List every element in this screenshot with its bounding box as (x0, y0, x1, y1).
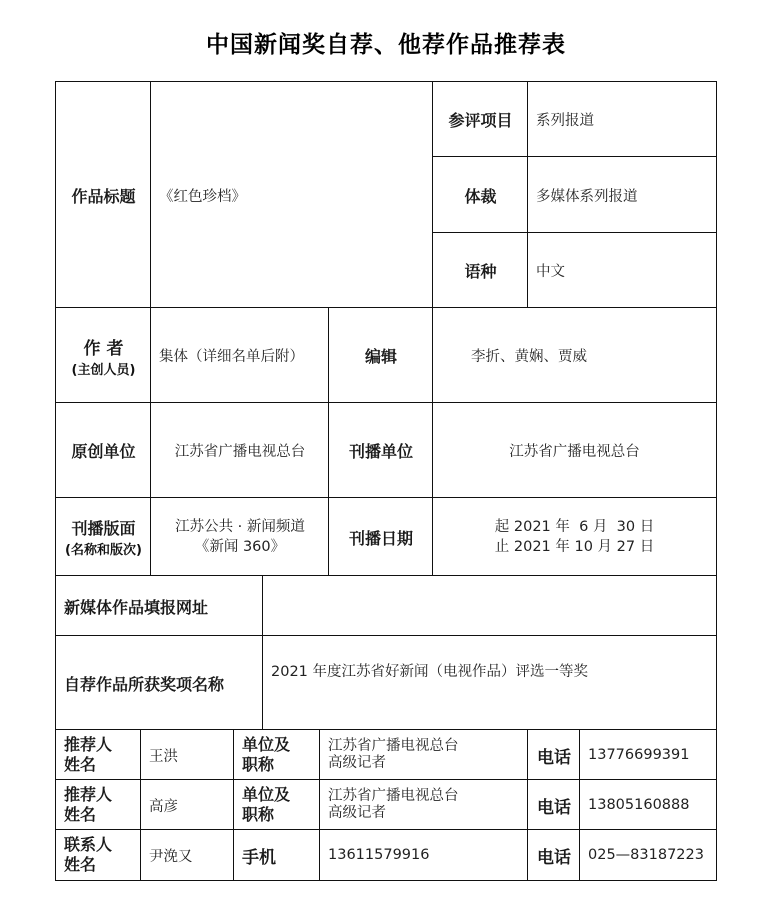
contact-2-unit-line2: 高级记者 (328, 805, 386, 822)
contact-2-unit-label-text: 单位及职称 (242, 785, 294, 825)
contact-2-name-label: 推荐人姓名 (55, 779, 142, 831)
original-unit-label: 原创单位 (55, 402, 152, 499)
original-unit-value: 江苏省广播电视总台 (150, 402, 330, 499)
contact-2-unit-line1: 江苏省广播电视总台 (328, 788, 459, 805)
publish-unit-value: 江苏省广播电视总台 (432, 402, 717, 499)
publish-section-value: 江苏公共 · 新闻频道 《新闻 360》 (150, 497, 330, 577)
language-value: 中文 (527, 232, 717, 309)
award-value: 2021 年度江苏省好新闻（电视作品）评选一等奖 (262, 635, 717, 731)
author-sublabel: (主创人员) (72, 359, 136, 378)
author-label-cell: 作 者 (主创人员) (55, 307, 152, 404)
contact-1-unit-line2: 高级记者 (328, 755, 386, 772)
work-title-value: 《红色珍档》 (150, 81, 434, 309)
category-label: 参评项目 (432, 81, 529, 158)
contact-1-unit: 江苏省广播电视总台 高级记者 (319, 729, 529, 781)
author-label: 作 者 (84, 334, 124, 359)
contact-1-unit-label: 单位及职称 (233, 729, 321, 781)
contact-1-unit-line1: 江苏省广播电视总台 (328, 738, 459, 755)
publish-section-sublabel: (名称和版次) (65, 539, 142, 558)
contact-2-name-label-text: 推荐人姓名 (64, 785, 124, 825)
contact-2-phone: 13805160888 (579, 779, 717, 831)
author-value: 集体（详细名单后附） (150, 307, 330, 404)
publish-date-value: 起 2021 年 6 月 30 日 止 2021 年 10 月 27 日 (432, 497, 717, 577)
genre-value: 多媒体系列报道 (527, 156, 717, 234)
contact-3-name-label: 联系人姓名 (55, 829, 142, 881)
contact-3-name: 尹浼又 (140, 829, 235, 881)
contact-1-name-label: 推荐人姓名 (55, 729, 142, 781)
publish-section-label-cell: 刊播版面 (名称和版次) (55, 497, 152, 577)
contact-2-name: 高彦 (140, 779, 235, 831)
contact-1-unit-label-text: 单位及职称 (242, 735, 294, 775)
contact-2-phone-label: 电话 (527, 779, 581, 831)
publish-section-line1: 江苏公共 · 新闻频道 (175, 517, 305, 537)
contact-1-name: 王洪 (140, 729, 235, 781)
publish-section-label: 刊播版面 (71, 516, 135, 539)
editor-label: 编辑 (328, 307, 434, 404)
contact-3-mobile-label: 手机 (233, 829, 321, 881)
contact-3-mobile: 13611579916 (319, 829, 529, 881)
contact-1-phone: 13776699391 (579, 729, 717, 781)
genre-label: 体裁 (432, 156, 529, 234)
contact-3-phone-label: 电话 (527, 829, 581, 881)
publish-date-label: 刊播日期 (328, 497, 434, 577)
contact-2-unit: 江苏省广播电视总台 高级记者 (319, 779, 529, 831)
contact-1-phone-label: 电话 (527, 729, 581, 781)
contact-1-name-label-text: 推荐人姓名 (64, 735, 124, 775)
editor-value: 李折、黄娴、贾威 (432, 307, 717, 404)
language-label: 语种 (432, 232, 529, 309)
publish-date-start: 起 2021 年 6 月 30 日 (495, 517, 654, 537)
category-value: 系列报道 (527, 81, 717, 158)
publish-section-line2: 《新闻 360》 (195, 537, 285, 557)
contact-3-name-label-text: 联系人姓名 (64, 835, 124, 875)
new-media-url-value (262, 575, 717, 637)
award-label: 自荐作品所获奖项名称 (55, 635, 264, 731)
publish-date-end: 止 2021 年 10 月 27 日 (495, 537, 654, 557)
form-title: 中国新闻奖自荐、他荐作品推荐表 (0, 26, 772, 59)
new-media-url-label: 新媒体作品填报网址 (55, 575, 264, 637)
work-title-label: 作品标题 (55, 81, 152, 309)
contact-3-phone: 025—83187223 (579, 829, 717, 881)
publish-unit-label: 刊播单位 (328, 402, 434, 499)
contact-2-unit-label: 单位及职称 (233, 779, 321, 831)
